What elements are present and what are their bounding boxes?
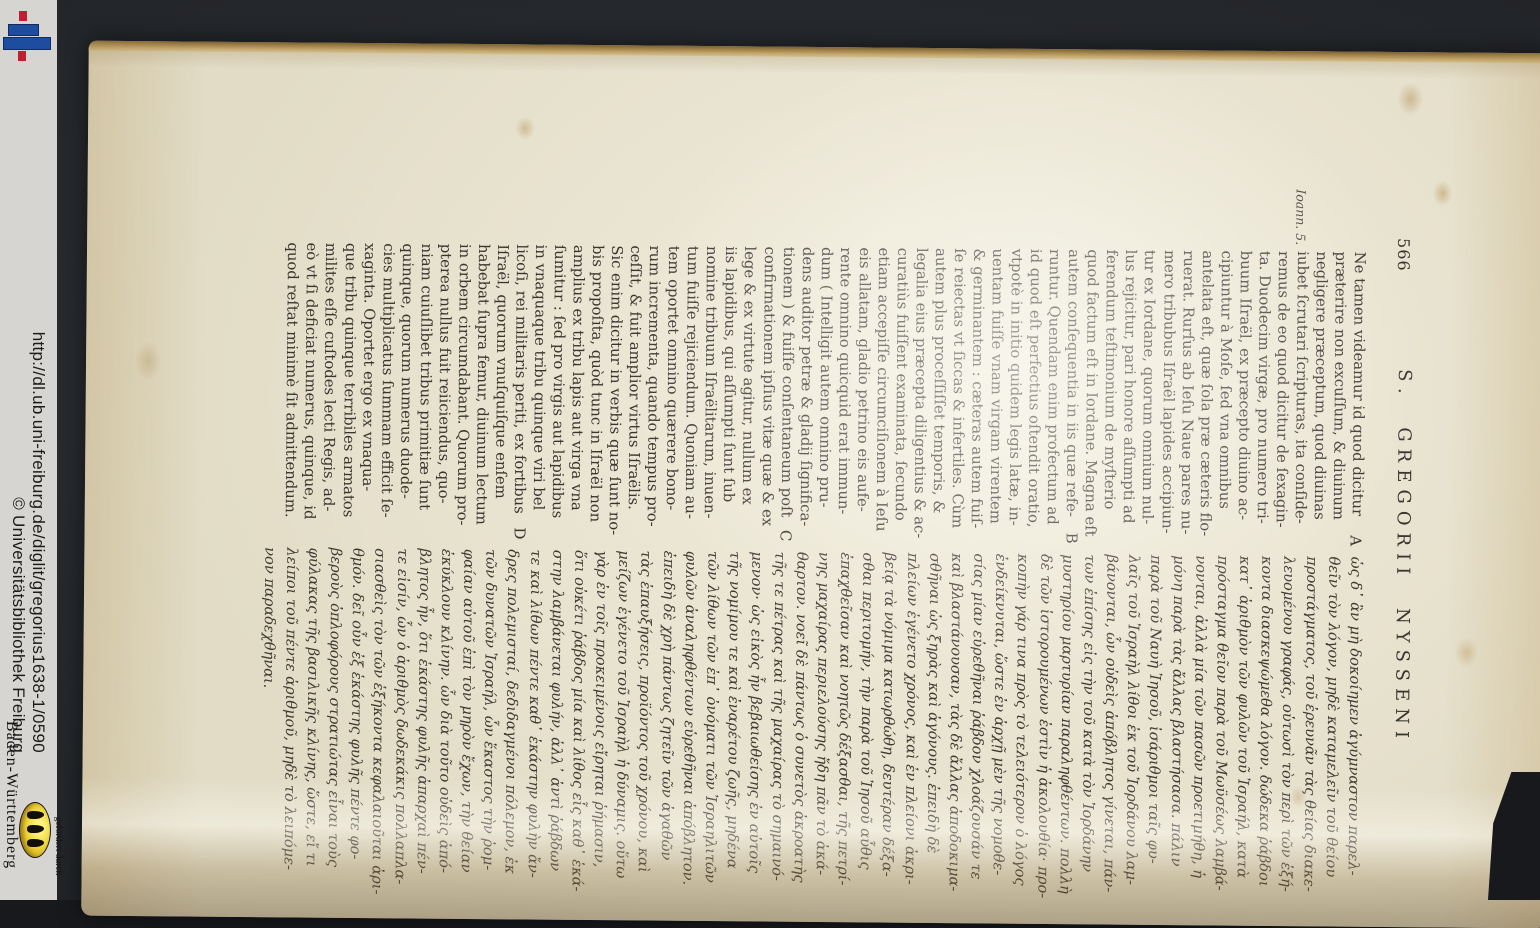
text-line: μενον· ὡς εἰκὸς ἦν βεβαιωθείσης ἐν αὐτοῖ… (742, 551, 767, 900)
text-line: Sic enim dicitur in verbis quæ ſunt no- (605, 245, 627, 537)
lion-figure (27, 825, 44, 833)
text-line: remus de eo quod dicitur de ſexagin- (1271, 251, 1293, 543)
latin-column: Ne tamen videamur id quod diciturpræteri… (281, 242, 1369, 543)
text-line: iubet ſcrutari ſcripturas, ita conſide- (1290, 251, 1312, 543)
text-line: βείᾳ τὰ νόμιμα κατωρθώθη, δευτέραν δέξα- (876, 553, 901, 900)
section-letter-c: C (776, 525, 794, 547)
text-line: λείποι τοῦ πέντε ἀριθμοῦ, μηδὲ τὸ λειπόμ… (277, 547, 302, 900)
text-line: vtpotè in initio quidem legis latæ, in- (1005, 249, 1027, 541)
text-line: eò vt ſi deficiat numerus, quinque, id (300, 242, 322, 534)
stain (1397, 82, 1423, 116)
text-line: κοπὴν γάρ τινα πρὸς τὸ τελειότερον ὁ λόγ… (1009, 554, 1034, 900)
text-line: nomine tribuum Iſraëlitarum, inuen- (700, 246, 722, 538)
text-line: mero tribubus Iſraël lapides accipiun- (1157, 250, 1179, 542)
digitized-scan-view: http://dl.ub.uni-freiburg.de/diglit/greg… (0, 0, 1540, 900)
funding-label: gefördert durch (53, 796, 63, 896)
text-line: παρὰ τοῦ Ναυὴ Ἰησοῦ, ἰσάριθμοι ταῖς φυ- (1142, 555, 1167, 900)
text-line: pterea nullus fuit reiiciendus, quo- (433, 244, 455, 536)
section-letter-b: B (1062, 527, 1080, 549)
text-line: xaginta. Oportet ergo ex vnaqua- (357, 243, 379, 535)
text-line: βεροὺς ὁπλοφόρους στρατιώτας εἶναι τοὺς (321, 548, 346, 900)
text-line: θμόν. δεῖ οὖν ἐξ ἑκάστης φυλῆς πέντε φο- (343, 548, 368, 900)
text-line: θεῖν τὸν λόγον, μηδὲ καταμελεῖν τοῦ θείο… (1319, 556, 1344, 900)
text-line: Iſraël, quorum vnuſquiſque enſem (490, 244, 512, 536)
section-letter-a: A (1346, 530, 1364, 552)
funding-logo-block: gefördert durch Baden-Württemberg (2, 694, 50, 896)
text-line: amplius ex tribu lapis aut virga vna (567, 245, 589, 537)
text-line: ſe reiectas vt ſiccas & infertiles. Cùm (947, 248, 969, 540)
text-line: ἐνδείκνυται, ὥστε ἐν ἀρχῇ μὲν τῆς νομοθε… (986, 554, 1011, 900)
text-line: ta. Duodecim virgæ, pro numero tri- (1252, 251, 1274, 543)
stain (515, 116, 535, 140)
lion-figure (27, 839, 44, 847)
text-line: τῶν δυνατῶν Ἰσραήλ, ὧν ἕκαστος τὴν ῥομ- (476, 549, 501, 900)
text-line: τῆς νομίμου τε καὶ ἐναρέτου ζωῆς, μηδένα (720, 551, 745, 900)
text-line: φύλακας τῆς βασιλικῆς κλίνης, ὥστε, εἴ τ… (299, 548, 324, 900)
text-line: τὰς ἐπαυξήσεις, προϊόντος τοῦ χρόνου, κα… (632, 550, 657, 900)
text-line: τε εἰσίν, ὧν ὁ ἀριθμὸς δωδεκάκις πολλαπλ… (388, 548, 413, 900)
text-line: σθαι περιτομήν, τὴν παρὰ τοῦ Ἰησοῦ αὖθις (853, 552, 878, 900)
funding-region-label: Baden-Württemberg (2, 694, 20, 896)
text-line: μόνη παρὰ τὰς ἄλλας βλαστήσασα. πάλιν (1164, 555, 1189, 900)
stain (1454, 638, 1478, 668)
text-line: σιασθεὶς τὸν τῶν ἑξήκοντα κεφαλαιοῦται ἀ… (366, 548, 391, 900)
stain (1432, 180, 1452, 206)
text-line: uentam fuiſſe vnam virgam virentem (986, 248, 1008, 540)
text-line: lus rejicitur, pari honore aſſumpti ad (1119, 250, 1141, 542)
baden-wuerttemberg-coat-of-arms-icon (19, 802, 51, 858)
source-text-block: http://dl.ub.uni-freiburg.de/diglit/greg… (6, 168, 48, 753)
margin-note: Ioann. 5. (1293, 159, 1309, 245)
text-line: in orbem circumdabant. Quorum pro- (452, 244, 474, 536)
text-line: licoſi, rei militaris periti, ex fortibu… (509, 244, 531, 536)
text-line: νης μαχαίρας περιελούσης ἤδη πᾶν τὸ ἀκά- (809, 552, 834, 900)
text-line: confirmationem ipſius vitæ quæ & ex (757, 246, 779, 538)
text-line: que tribu quinque terribiles armatos (338, 243, 360, 535)
text-line: σίας μίαν εὑρεθῆναι ῥάβδον χλοάζουσάν τε (964, 553, 989, 900)
text-line: βλητος ἦν, ὅτι ἑκάστης φυλῆς ἀπαρχαὶ πέν… (410, 548, 435, 900)
running-header: S. GREGORII NYSSENI (1390, 237, 1417, 877)
logo-red-square-bottom (18, 51, 26, 61)
logo-blue-bar-short (8, 24, 39, 36)
lion-figure (27, 811, 44, 819)
text-line: tum fuiſſe rejiciendum. Quoniam au- (681, 246, 703, 538)
copyright-line: © Universitätsbibliothek Freiburg (8, 168, 28, 753)
text-line: λαῖς τοῦ Ἰσραὴλ λίθοι ἐκ τοῦ Ἰορδάνου λα… (1119, 555, 1144, 900)
text-line: μυστηρίου μαρτυρίαν παραληφθέντων. πολλὴ (1053, 554, 1078, 900)
text-line: tem oportet omnino quærere bono- (662, 246, 684, 538)
text-line: στην λαμβάνεται φυλήν, ἀλλ᾽ ἀντὶ ῥάβδων (543, 550, 568, 900)
text-line: tur ex Iordane, quorum omnium nul- (1138, 250, 1160, 542)
text-line: γὰρ ἐν τοῖς προκειμένοις εἴρηται ῥήμασιν… (587, 550, 612, 900)
text-line: cipiuntur à Moſe, ſed vna omnibus (1214, 250, 1236, 542)
text-line: in vnaquaque tribu quinque viri bel (528, 244, 550, 536)
text-line: dum ( Intelligit autem omnino pru- (814, 247, 836, 539)
text-line: quod factum eſt in Iordane. Magna eſt (1081, 249, 1103, 541)
text-line: niam cuiuſlibet tribus primitiæ ſunt (414, 243, 436, 535)
ub-freiburg-logo (0, 0, 57, 66)
text-line: καὶ βλαστάνουσαν, τὰς δὲ ἄλλας ἀποδοκιμα… (942, 553, 967, 900)
logo-red-square-top (19, 11, 27, 21)
text-line: ἐπειδὴ δὲ χρὴ πάντως ζητεῖν τῶν ἀγαθῶν (654, 551, 679, 900)
text-line: ferendum teſtimonium de myſterio (1100, 249, 1122, 541)
text-line: λευομένου γραφάς, οὑτωσὶ τὸν περὶ τῶν ἑξ… (1275, 556, 1300, 900)
text-line: ceſſit, & fuit amplior virtus Iſraëlis. (624, 245, 646, 537)
text-line: θαρτον. νοεῖ δὲ πάντως ὁ συνετὸς ἀκροατὴ… (787, 552, 812, 900)
text-line: quinque, quorum numerus duode- (395, 243, 417, 535)
text-line: negligere præceptum, quod diuinas (1309, 251, 1331, 543)
text-line: νον παραδεχθῆναι. (255, 547, 280, 900)
text-line: autem plus proceſſiſſet temporis, & (928, 248, 950, 540)
text-line: præterire non excuſſum, & diuinum (1328, 251, 1350, 543)
text-line: προστάγματος, τοῦ ἐρευνᾶν τὰς θείας διακ… (1297, 556, 1322, 900)
text-line: rente omnino quicquid erat immun- (833, 247, 855, 539)
text-line: etiam accepiſſe circumciſionem à Ieſu (871, 247, 893, 539)
text-line: bis propoſita, quòd tunc in Iſraël non (586, 245, 608, 537)
text-line: μείζων ἐγένετο τοῦ Ἰσραὴλ ἡ δύναμις. οὕτ… (609, 550, 634, 900)
text-line: milites eſſe cuſtodes lecti Regis, ad- (319, 243, 341, 535)
text-line: δὲ τῶν ἱστορουμένων ἐστὶν ἡ ἀκολουθία· π… (1031, 554, 1056, 900)
library-sidebar: http://dl.ub.uni-freiburg.de/diglit/greg… (0, 0, 57, 900)
text-line: buum Iſraël, ex præcepto diuino ac- (1233, 251, 1255, 543)
text-line: φυλῶν ἀναληφθέντων εὑρεθῆναι ἀπόβλητον. (676, 551, 701, 900)
text-line: dens auditor petræ & gladij ſignifica- (795, 247, 817, 539)
book-page-scan: 566 S. GREGORII NYSSENI Ioann. 5. Ne tam… (81, 41, 1540, 900)
text-line: δρες πολεμισταί, δεδιδαγμένοι πόλεμον, ἐ… (499, 549, 524, 900)
text-line: Ne tamen videamur id quod dicitur (1347, 252, 1369, 544)
text-line: eis allatam, gladio petrino eis aufe- (852, 247, 874, 539)
text-line: rum incrementa, quando tempus pro- (643, 245, 665, 537)
text-line: ἐπαχθεῖσαν καὶ νοητῶς δέξασθαι, τῆς πετρ… (831, 552, 856, 900)
text-line: ὡς δ᾽ ἂν μὴ δοκοίημεν ἀγύμναστον παρελ- (1341, 557, 1366, 900)
text-line: τῶν λίθων τῶν ἐπ᾽ ὀνόματι τῶν Ἰσραηλιτῶν (698, 551, 723, 900)
text-line: tionem ) & fuiſſe conſentaneum poſt (776, 247, 798, 539)
stain (135, 341, 161, 381)
text-line: curatiùs fuiſſent examinata, ſecundo (890, 248, 912, 540)
text-line: lege & ex virtute agitur, nullum ex (738, 246, 760, 538)
text-line: quod reſtat minimè ſit admittendum. (281, 242, 303, 534)
text-line: βάνονται, ὧν οὐδεὶς ἀπόβλητος γίνεται, π… (1097, 554, 1122, 900)
text-line: των ἐπίσης εἰς τὴν τοῦ κατὰ τὸν Ἰορδάνην (1075, 554, 1100, 900)
text-line: πρόσταγμα θεῖον παρὰ τοῦ Μωϋσέως λαμβά- (1208, 555, 1233, 900)
text-line: habebat ſupra femur, diuinum lectum (471, 244, 493, 536)
greek-column: ὡς δ᾽ ἂν μὴ δοκοίημεν ἀγύμναστον παρελ-θ… (255, 547, 1367, 900)
text-line: τῆς τε πέτρας καὶ τῆς μαχαίρας τὸ σημαιν… (765, 552, 790, 900)
text-line: id quod eſt perfectius oſtendit oratio, (1024, 249, 1046, 541)
source-url: http://dl.ub.uni-freiburg.de/diglit/greg… (28, 168, 48, 753)
text-line: ὅτι οὐκέτι ῥάβδος μία καὶ λίθος εἷς καθ᾽… (565, 550, 590, 900)
text-line: legalia eius præcepta diligentius & ac- (909, 248, 931, 540)
text-line: κατ᾽ ἀριθμὸν τῶν φυλῶν τοῦ Ἰσραήλ, κατὰ (1230, 556, 1255, 900)
text-line: cies multiplicatus ſummam efficit ſe- (376, 243, 398, 535)
text-line: κοντα διασκεψώμεθα λόγον. δώδεκα ῥάβδοι (1252, 556, 1277, 900)
text-line: & germinantem : cæteras autem fuiſ- (967, 248, 989, 540)
text-line: φαίαν αὐτοῦ ἐπὶ τὸν μηρὸν ἔχων, τὴν θεία… (454, 549, 479, 900)
text-line: autem conſequentia in iis quæ refe- (1062, 249, 1084, 541)
text-line: antelata eſt, quæ ſola præ cæteris flo- (1195, 250, 1217, 542)
section-letter-d: D (510, 522, 528, 544)
text-line: ſumitur : ſed pro virgis aut lapidibus (548, 245, 570, 537)
text-line: runtur. Quendam enim profectum ad (1043, 249, 1065, 541)
text-line: νονται, ἀλλὰ μία τῶν πασῶν προετιμήθη, ἡ (1186, 555, 1211, 900)
text-line: ἐκύκλουν κλίνην. ὧν διὰ τοῦτο οὐδεὶς ἀπό… (432, 549, 457, 900)
text-line: τε καὶ λίθων πέντε καθ᾽ ἑκάστην φυλὴν ἄν… (521, 549, 546, 900)
text-line: iis lapidibus, qui aſſumpti ſunt ſub (719, 246, 741, 538)
text-line: σθῆναι ὡς ξηρὰς καὶ ἀγόνους. ἐπειδὴ δὲ (920, 553, 945, 900)
text-line: πλείων ἐγένετο χρόνος, καὶ ἐν πλείονι ἀκ… (898, 553, 923, 900)
text-line: ruerat. Rurſus ab Ieſu Naue pares nu- (1176, 250, 1198, 542)
logo-blue-bar-long (3, 37, 51, 50)
